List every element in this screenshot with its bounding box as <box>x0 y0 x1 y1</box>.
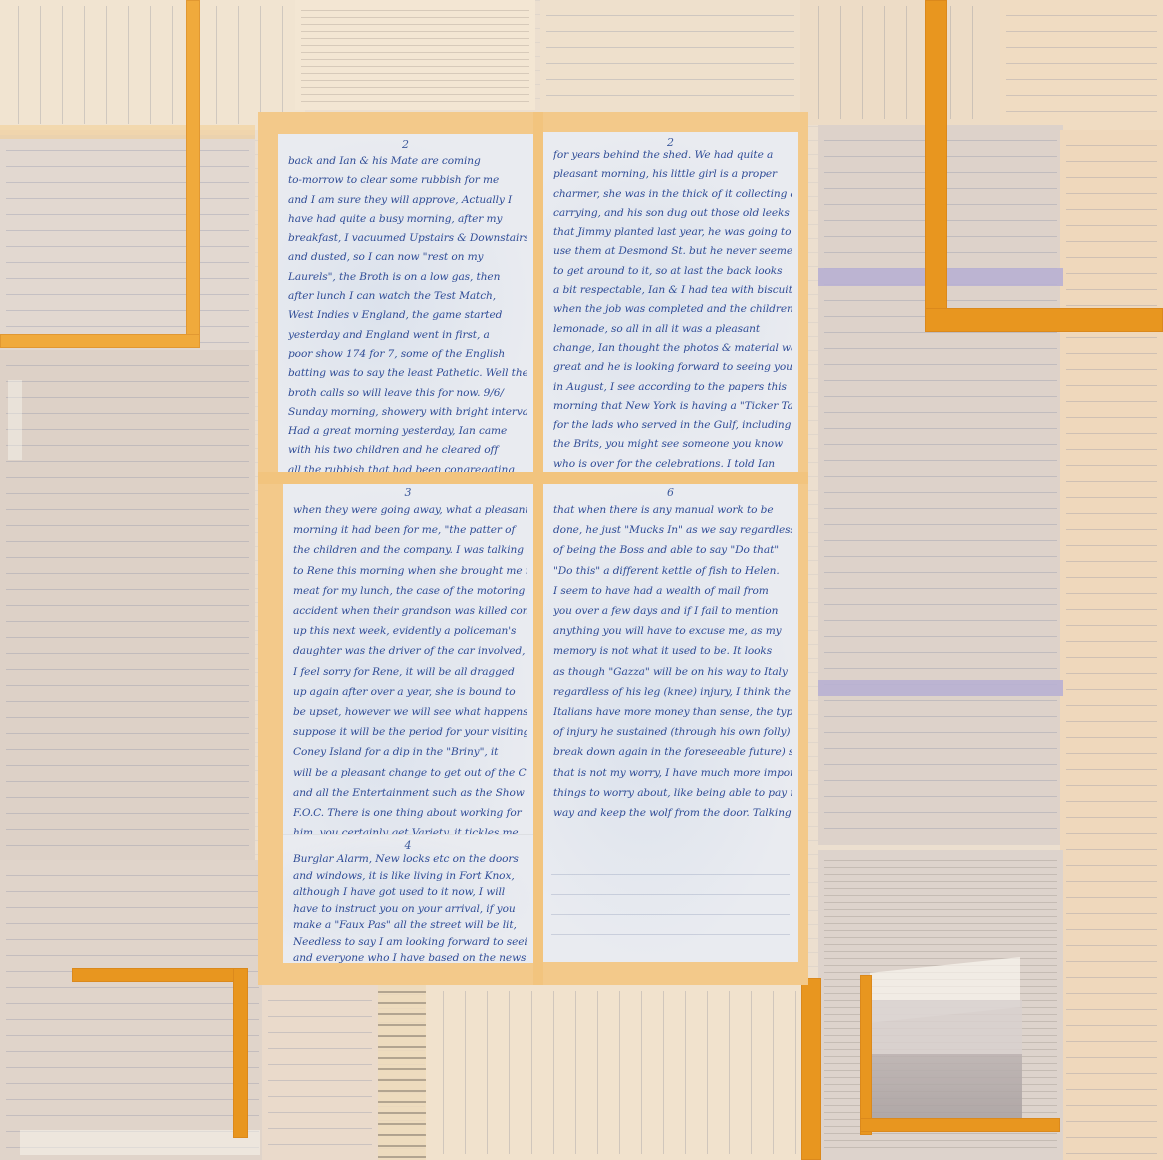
faded-text-remnant <box>551 862 790 952</box>
orange-tape-vertical-bottom-right-outer <box>801 978 821 1160</box>
pale-tape-strip <box>0 125 255 139</box>
background-sheet-bottom-center <box>425 985 805 1160</box>
text-line: Italians have more money than sense, the… <box>553 702 792 722</box>
background-sheet-top-right <box>540 0 800 112</box>
collage-canvas: 2 back and Ian & his Mate are coming to-… <box>0 0 1163 1160</box>
text-line: up this next week, evidently a policeman… <box>293 621 527 641</box>
background-sheet-left-lower <box>0 350 255 860</box>
text-line: regardless of his leg (knee) injury, I t… <box>553 682 792 702</box>
text-line: as though "Gazza" will be on his way to … <box>553 662 792 682</box>
text-line: break down again in the foreseeable futu… <box>553 742 792 762</box>
text-line: when the job was completed and the child… <box>553 300 792 319</box>
letter-page-top-left: 2 back and Ian & his Mate are coming to-… <box>278 134 533 474</box>
text-line: to Rene this morning when she brought me… <box>293 561 527 581</box>
orange-tape-vertical-top-right <box>925 0 947 332</box>
text-line: Sunday morning, showery with bright inte… <box>288 403 527 422</box>
letter-page-bottom-right: 6 that when there is any manual work to … <box>543 482 798 962</box>
newsprint-column-strip <box>378 985 426 1160</box>
text-line: change, Ian thought the photos & materia… <box>553 339 792 358</box>
text-line: and windows, it is like living in Fort K… <box>293 868 527 885</box>
page-number: 3 <box>283 486 533 499</box>
orange-tape-horizontal-top-right <box>925 308 1163 332</box>
white-paint-smear <box>8 380 22 460</box>
letter-page-top-right: 2 for years behind the shed. We had quit… <box>543 132 798 472</box>
text-line: lemonade, so all in all it was a pleasan… <box>553 320 792 339</box>
page-number: 6 <box>543 486 798 499</box>
lilac-tape-strip <box>818 680 1063 696</box>
text-line: that Jimmy planted last year, he was goi… <box>553 223 792 242</box>
text-line: although I have got used to it now, I wi… <box>293 884 527 901</box>
text-line: use them at Desmond St. but he never see… <box>553 242 792 261</box>
text-line: yesterday and England went in first, a <box>288 326 527 345</box>
text-line: poor show 174 for 7, some of the English <box>288 345 527 364</box>
background-sheet-top-center <box>295 0 535 110</box>
background-sheet-upper-right-b <box>1000 0 1163 130</box>
text-line: have had quite a busy morning, after my <box>288 210 527 229</box>
text-line: in August, I see according to the papers… <box>553 378 792 397</box>
orange-tape-horizontal-top-left <box>0 334 200 348</box>
text-line: West Indies v England, the game started <box>288 306 527 325</box>
text-line: meat for my lunch, the case of the motor… <box>293 581 527 601</box>
text-line: memory is not what it used to be. It loo… <box>553 641 792 661</box>
handwritten-text: back and Ian & his Mate are coming to-mo… <box>288 152 527 474</box>
faded-photograph <box>872 1000 1022 1120</box>
text-line: and all the Entertainment such as the Sh… <box>293 783 527 803</box>
text-line: and I am sure they will approve, Actuall… <box>288 191 527 210</box>
text-line: of being the Boss and able to say "Do th… <box>553 540 792 560</box>
text-line: after lunch I can watch the Test Match, <box>288 287 527 306</box>
text-line: a bit respectable, Ian & I had tea with … <box>553 281 792 300</box>
text-line: charmer, she was in the thick of it coll… <box>553 185 792 204</box>
text-line: and dusted, so I can now "rest on my <box>288 248 527 267</box>
text-line: pleasant morning, his little girl is a p… <box>553 165 792 184</box>
text-line: who is over for the celebrations. I told… <box>553 455 792 472</box>
text-line: to-morrow to clear some rubbish for me <box>288 171 527 190</box>
text-line: done, he just "Mucks In" as we say regar… <box>553 520 792 540</box>
handwritten-text: Burglar Alarm, New locks etc on the door… <box>293 851 527 963</box>
orange-tape-horizontal-bottom-left <box>72 968 247 982</box>
text-line: suppose it will be the period for your v… <box>293 722 527 742</box>
text-line: things to worry about, like being able t… <box>553 783 792 803</box>
text-line: anything you will have to excuse me, as … <box>553 621 792 641</box>
orange-tape-vertical-top-left <box>186 0 200 340</box>
text-line: daughter was the driver of the car invol… <box>293 641 527 661</box>
text-line: and everyone who I have based on the new… <box>293 950 527 963</box>
text-line: back and Ian & his Mate are coming <box>288 152 527 171</box>
background-sheet-far-right <box>1060 130 1163 1160</box>
text-line: the Brits, you might see someone you kno… <box>553 435 792 454</box>
text-line: you over a few days and if I fail to men… <box>553 601 792 621</box>
text-line: that when there is any manual work to be <box>553 500 792 520</box>
text-line: way and keep the wolf from the door. Tal… <box>553 803 792 823</box>
text-line: Needless to say I am looking forward to … <box>293 934 527 951</box>
text-line: Had a great morning yesterday, Ian came <box>288 422 527 441</box>
background-sheet-upper-right-a <box>800 0 1000 125</box>
background-sheet-bottom-left <box>0 860 265 1160</box>
text-line: Coney Island for a dip in the "Briny", i… <box>293 742 527 762</box>
text-line: "Do this" a different kettle of fish to … <box>553 561 792 581</box>
text-line: will be a pleasant change to get out of … <box>293 763 527 783</box>
orange-tape-vertical-bottom-right-inner <box>860 975 872 1135</box>
orange-tape-vertical-bottom-left <box>233 968 248 1138</box>
text-line: be upset, however we will see what happe… <box>293 702 527 722</box>
background-sheet-bottom-left-strip <box>262 985 378 1160</box>
text-line: morning it had been for me, "the patter … <box>293 520 527 540</box>
background-sheet-top-left <box>0 0 305 130</box>
text-line: of injury he sustained (through his own … <box>553 722 792 742</box>
text-line: carrying, and his son dug out those old … <box>553 204 792 223</box>
handwritten-text: for years behind the shed. We had quite … <box>553 146 792 472</box>
text-line: for years behind the shed. We had quite … <box>553 146 792 165</box>
text-line: F.O.C. There is one thing about working … <box>293 803 527 823</box>
text-line: Burglar Alarm, New locks etc on the door… <box>293 851 527 868</box>
text-line: morning that New York is having a "Ticke… <box>553 397 792 416</box>
text-line: the children and the company. I was talk… <box>293 540 527 560</box>
white-paint-smear <box>20 1130 260 1155</box>
background-sheet-left-middle <box>0 135 255 350</box>
page-number: 2 <box>278 138 533 151</box>
text-line: make a "Faux Pas" all the street will be… <box>293 917 527 934</box>
text-line: batting was to say the least Pathetic. W… <box>288 364 527 383</box>
text-line: I seem to have had a wealth of mail from <box>553 581 792 601</box>
text-line: to get around to it, so at last the back… <box>553 262 792 281</box>
handwritten-text: that when there is any manual work to be… <box>553 500 792 823</box>
handwritten-text: when they were going away, what a pleasa… <box>293 500 527 843</box>
text-line: for the lads who served in the Gulf, inc… <box>553 416 792 435</box>
letter-page-bottom-continuation: 4 Burglar Alarm, New locks etc on the do… <box>283 834 533 963</box>
pale-tape-vertical-divider <box>533 112 543 985</box>
text-line: breakfast, I vacuumed Upstairs & Downsta… <box>288 229 527 248</box>
text-line: up again after over a year, she is bound… <box>293 682 527 702</box>
text-line: when they were going away, what a pleasa… <box>293 500 527 520</box>
text-line: have to instruct you on your arrival, if… <box>293 901 527 918</box>
central-letter-panel: 2 back and Ian & his Mate are coming to-… <box>258 112 808 985</box>
text-line: great and he is looking forward to seein… <box>553 358 792 377</box>
orange-tape-horizontal-bottom-right <box>860 1118 1060 1132</box>
text-line: that is not my worry, I have much more i… <box>553 763 792 783</box>
text-line: I feel sorry for Rene, it will be all dr… <box>293 662 527 682</box>
text-line: broth calls so will leave this for now. … <box>288 384 527 403</box>
text-line: Laurels", the Broth is on a low gas, the… <box>288 268 527 287</box>
text-line: accident when their grandson was killed … <box>293 601 527 621</box>
text-line: with his two children and he cleared off <box>288 441 527 460</box>
